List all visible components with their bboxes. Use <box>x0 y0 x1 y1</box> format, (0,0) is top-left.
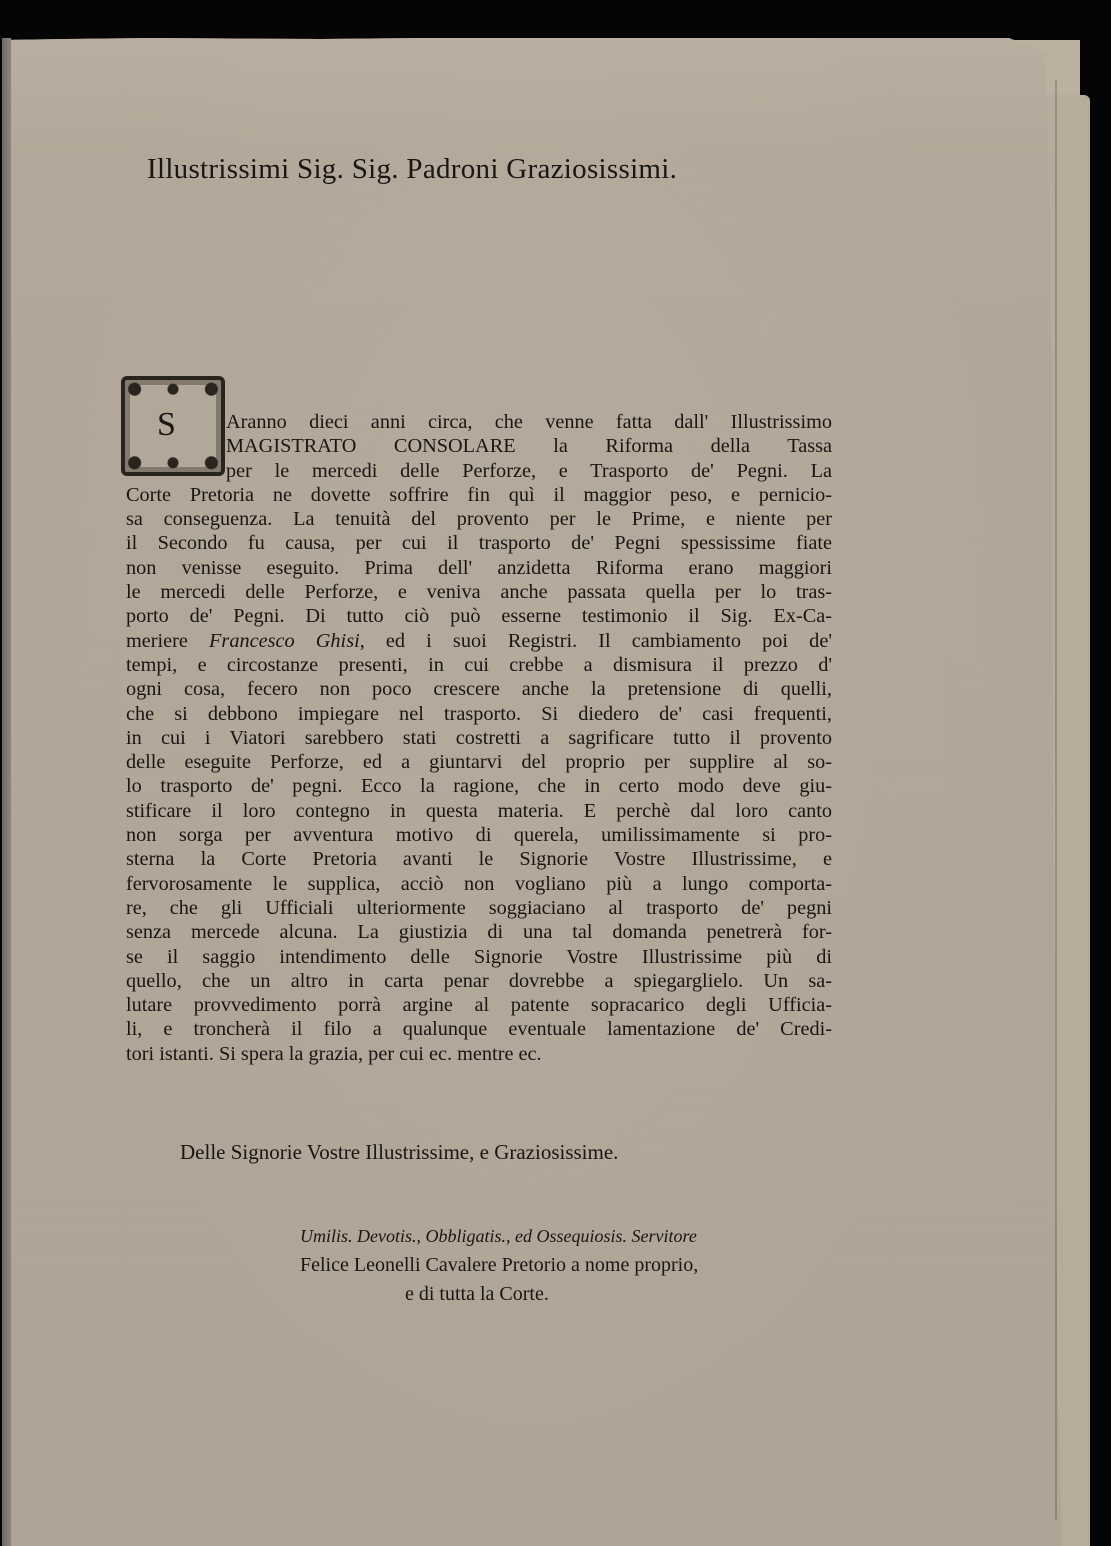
body-line: re, che gli Ufficiali ulteriormente sogg… <box>126 896 832 920</box>
signature-block: Umilis. Devotis., Obbligatis., ed Ossequ… <box>300 1222 698 1309</box>
body-line: per le mercedi delle Perforze, e Traspor… <box>126 459 832 483</box>
body-line: non sorga per avventura motivo di querel… <box>126 823 832 847</box>
body-line: il Secondo fu causa, per cui il trasport… <box>126 531 832 555</box>
body-line: le mercedi delle Perforze, e veniva anch… <box>126 580 832 604</box>
body-text-segment: meriere <box>126 630 209 652</box>
body-line: tori istanti. Si spera la grazia, per cu… <box>126 1042 832 1066</box>
body-line: MAGISTRATO CONSOLARE la Riforma della Ta… <box>126 434 832 458</box>
page-left-edge <box>2 38 11 1546</box>
body-text: Aranno dieci anni circa, che venne fatta… <box>126 410 832 1066</box>
body-line: fervorosamente le supplica, acciò non vo… <box>126 872 832 896</box>
body-line: ogni cosa, fecero non poco crescere anch… <box>126 677 832 701</box>
body-line: se il saggio intendimento delle Signorie… <box>126 945 832 969</box>
body-line: li, e troncherà il filo a qualunque even… <box>126 1017 832 1041</box>
body-line: delle eseguite Perforze, ed a giuntarvi … <box>126 750 832 774</box>
signature-name: Felice Leonelli Cavalere Pretorio a nome… <box>300 1251 698 1280</box>
body-line: quello, che un altro in carta penar dovr… <box>126 969 832 993</box>
body-line: stificare il loro contegno in questa mat… <box>126 799 832 823</box>
document-title: Illustrissimi Sig. Sig. Padroni Graziosi… <box>147 153 867 186</box>
body-line: meriere Francesco Ghisi, ed i suoi Regis… <box>126 629 832 653</box>
body-line: Aranno dieci anni circa, che venne fatta… <box>126 410 832 434</box>
body-line: non venisse eseguito. Prima dell' anzide… <box>126 556 832 580</box>
body-line: che si debbono impiegare nel trasporto. … <box>126 702 832 726</box>
body-line: tempi, e circostanze presenti, in cui cr… <box>126 653 832 677</box>
body-line: lutare provvedimento porrà argine al pat… <box>126 993 832 1017</box>
body-line: senza mercede alcuna. La giustizia di un… <box>126 920 832 944</box>
signature-servitore: Umilis. Devotis., Obbligatis., ed Ossequ… <box>300 1222 698 1251</box>
body-line: lo trasporto de' pegni. Ecco la ragione,… <box>126 774 832 798</box>
body-line: sterna la Corte Pretoria avanti le Signo… <box>126 847 832 871</box>
closing-salutation: Delle Signorie Vostre Illustrissime, e G… <box>180 1140 618 1165</box>
signature-corte: e di tutta la Corte. <box>300 1280 698 1309</box>
italic-name: Francesco Ghisi <box>209 630 360 652</box>
body-text-segment: , ed i suoi Registri. Il cambiamento poi… <box>360 630 832 652</box>
fold-line <box>1055 80 1057 1520</box>
body-line: porto de' Pegni. Di tutto ciò può essern… <box>126 604 832 628</box>
body-line: sa conseguenza. La tenuità del provento … <box>126 507 832 531</box>
body-line: in cui i Viatori sarebbero stati costret… <box>126 726 832 750</box>
body-line: Corte Pretoria ne dovette soffrire fin q… <box>126 483 832 507</box>
